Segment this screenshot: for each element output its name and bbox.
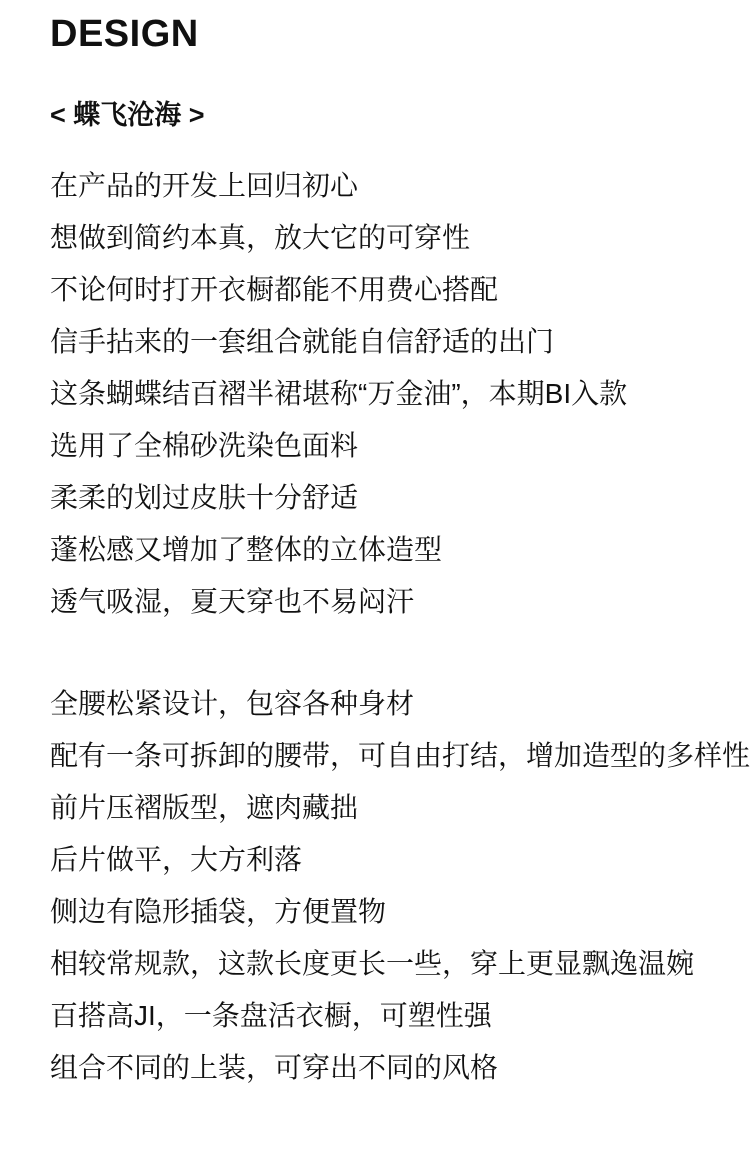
body-line: 在产品的开发上回归初心 <box>50 160 710 212</box>
body-line: 不论何时打开衣橱都能不用费心搭配 <box>50 264 710 316</box>
body-line: 百搭高JI，一条盘活衣橱，可塑性强 <box>50 990 710 1042</box>
body-line: 柔柔的划过皮肤十分舒适 <box>50 472 710 524</box>
body-line: 侧边有隐形插袋，方便置物 <box>50 886 710 938</box>
body-line: 透气吸湿，夏天穿也不易闷汗 <box>50 576 710 628</box>
description-paragraph-2: 全腰松紧设计，包容各种身材 配有一条可拆卸的腰带，可自由打结，增加造型的多样性 … <box>50 678 710 1094</box>
body-line: 这条蝴蝶结百褶半裙堪称“万金油”，本期BI入款 <box>50 368 710 420</box>
description-paragraph-1: 在产品的开发上回归初心 想做到简约本真，放大它的可穿性 不论何时打开衣橱都能不用… <box>50 160 710 628</box>
body-line: 全腰松紧设计，包容各种身材 <box>50 678 710 730</box>
section-title: DESIGN <box>50 0 710 55</box>
body-line: 组合不同的上装，可穿出不同的风格 <box>50 1042 710 1094</box>
body-line: 信手拈来的一套组合就能自信舒适的出门 <box>50 316 710 368</box>
series-name-subtitle: < 蝶飞沧海 > <box>50 98 710 132</box>
body-line: 配有一条可拆卸的腰带，可自由打结，增加造型的多样性 <box>50 730 710 782</box>
product-design-page: DESIGN < 蝶飞沧海 > 在产品的开发上回归初心 想做到简约本真，放大它的… <box>0 0 750 1176</box>
body-line: 蓬松感又增加了整体的立体造型 <box>50 524 710 576</box>
body-line: 相较常规款，这款长度更长一些，穿上更显飘逸温婉 <box>50 938 710 990</box>
body-line: 选用了全棉砂洗染色面料 <box>50 420 710 472</box>
body-line: 想做到简约本真，放大它的可穿性 <box>50 212 710 264</box>
design-section: DESIGN < 蝶飞沧海 > 在产品的开发上回归初心 想做到简约本真，放大它的… <box>0 0 750 1094</box>
body-line: 前片压褶版型，遮肉藏拙 <box>50 782 710 834</box>
body-line: 后片做平，大方利落 <box>50 834 710 886</box>
